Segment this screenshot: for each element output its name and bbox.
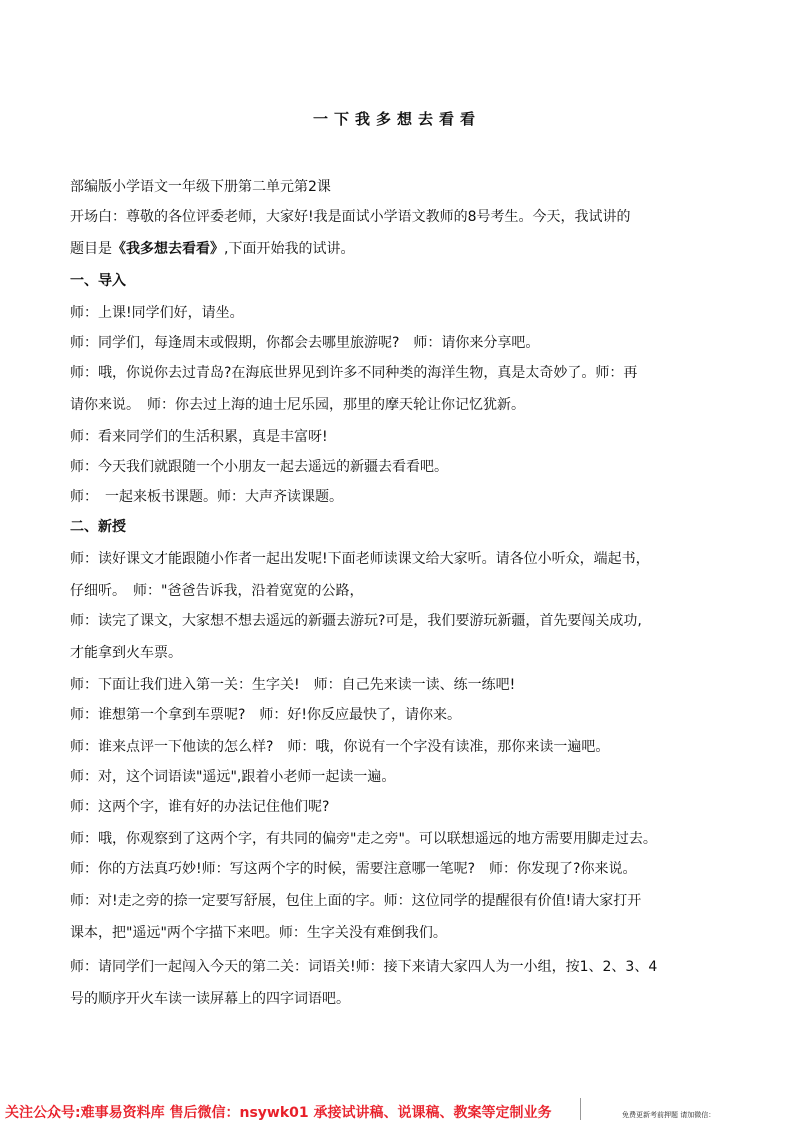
paragraph-line: 师：谁想第一个拿到车票呢? 师：好!你反应最快了，请你来。 bbox=[70, 706, 461, 724]
opening-suffix: ,下面开始我的试讲。 bbox=[224, 241, 354, 257]
paragraph-line: 师：下面让我们进入第一关：生字关! 师：自己先来读一读、练一练吧! bbox=[70, 676, 515, 694]
paragraph-line: 师：上课!同学们好，请坐。 bbox=[70, 304, 244, 322]
opening-line-2: 题目是《我多想去看看》,下面开始我的试讲。 bbox=[70, 240, 354, 258]
paragraph-line: 师： 一起来板书课题。师：大声齐读课题。 bbox=[70, 488, 343, 506]
paragraph-line: 课本，把"遥远"两个字描下来吧。师：生字关没有难倒我们。 bbox=[70, 924, 447, 942]
footer-wechat-note: 免费更新考前押题 请加微信： bbox=[622, 1110, 715, 1120]
paragraph-line: 师：哦，你说你去过青岛?在海底世界见到许多不同种类的海洋生物，真是太奇妙了。师：… bbox=[70, 364, 637, 382]
paragraph-line: 师：请同学们一起闯入今天的第二关：词语关!师：接下来请大家四人为一小组，按1、2… bbox=[70, 958, 657, 976]
section-heading-new-lesson: 二、新授 bbox=[70, 518, 126, 536]
paragraph-line: 师：看来同学们的生活积累，真是丰富呀! bbox=[70, 428, 328, 446]
paragraph-line: 师：谁来点评一下他读的怎么样? 师：哦，你说有一个字没有读准，那你来读一遍吧。 bbox=[70, 738, 609, 756]
paragraph-line: 师：对，这个词语读"遥远",跟着小老师一起读一遍。 bbox=[70, 768, 395, 786]
paragraph-line: 师：同学们，每逢周末或假期，你都会去哪里旅游呢? 师：请你来分享吧。 bbox=[70, 334, 539, 352]
paragraph-line: 请你来说。 师：你去过上海的迪士尼乐园，那里的摩天轮让你记忆犹新。 bbox=[70, 396, 525, 414]
footer-divider bbox=[580, 1098, 581, 1120]
paragraph-line: 师：这两个字，谁有好的办法记住他们呢? bbox=[70, 798, 329, 816]
section-heading-intro: 一、导入 bbox=[70, 272, 126, 290]
opening-line-1: 开场白：尊敬的各位评委老师，大家好!我是面试小学语文教师的8号考生。今天，我试讲… bbox=[70, 208, 631, 226]
lesson-title-bold: 《我多想去看看》 bbox=[112, 241, 224, 257]
document-page: 一下我多想去看看 部编版小学语文一年级下册第二单元第2课 开场白：尊敬的各位评委… bbox=[0, 0, 794, 1122]
paragraph-line: 师：你的方法真巧妙!师：写这两个字的时候，需要注意哪一笔呢? 师：你发现了?你来… bbox=[70, 860, 636, 878]
paragraph-line: 师：对!走之旁的捺一定要写舒展，包住上面的字。师：这位同学的提醒很有价值!请大家… bbox=[70, 892, 641, 910]
footer-promo-text: 关注公众号:难事易资料库 售后微信：nsywk01 承接试讲稿、说课稿、教案等定… bbox=[5, 1102, 552, 1122]
paragraph-line: 师：读好课文才能跟随小作者一起出发呢!下面老师读课文给大家听。请各位小听众，端起… bbox=[70, 550, 650, 568]
paragraph-line: 师：哦，你观察到了这两个字，有共同的偏旁"走之旁"。可以联想遥远的地方需要用脚走… bbox=[70, 830, 657, 848]
document-title: 一下我多想去看看 bbox=[0, 108, 794, 129]
opening-prefix: 题目是 bbox=[70, 241, 112, 257]
lesson-subtitle: 部编版小学语文一年级下册第二单元第2课 bbox=[70, 178, 331, 196]
paragraph-line: 师：今天我们就跟随一个小朋友一起去遥远的新疆去看看吧。 bbox=[70, 458, 448, 476]
paragraph-line: 师：读完了课文，大家想不想去遥远的新疆去游玩?可是，我们要游玩新疆，首先要闯关成… bbox=[70, 612, 642, 630]
paragraph-line: 号的顺序开火车读一读屏幕上的四字词语吧。 bbox=[70, 990, 350, 1008]
paragraph-line: 才能拿到火车票。 bbox=[70, 644, 182, 662]
paragraph-line: 仔细听。 师："爸爸告诉我，沿着宽宽的公路， bbox=[70, 582, 363, 600]
